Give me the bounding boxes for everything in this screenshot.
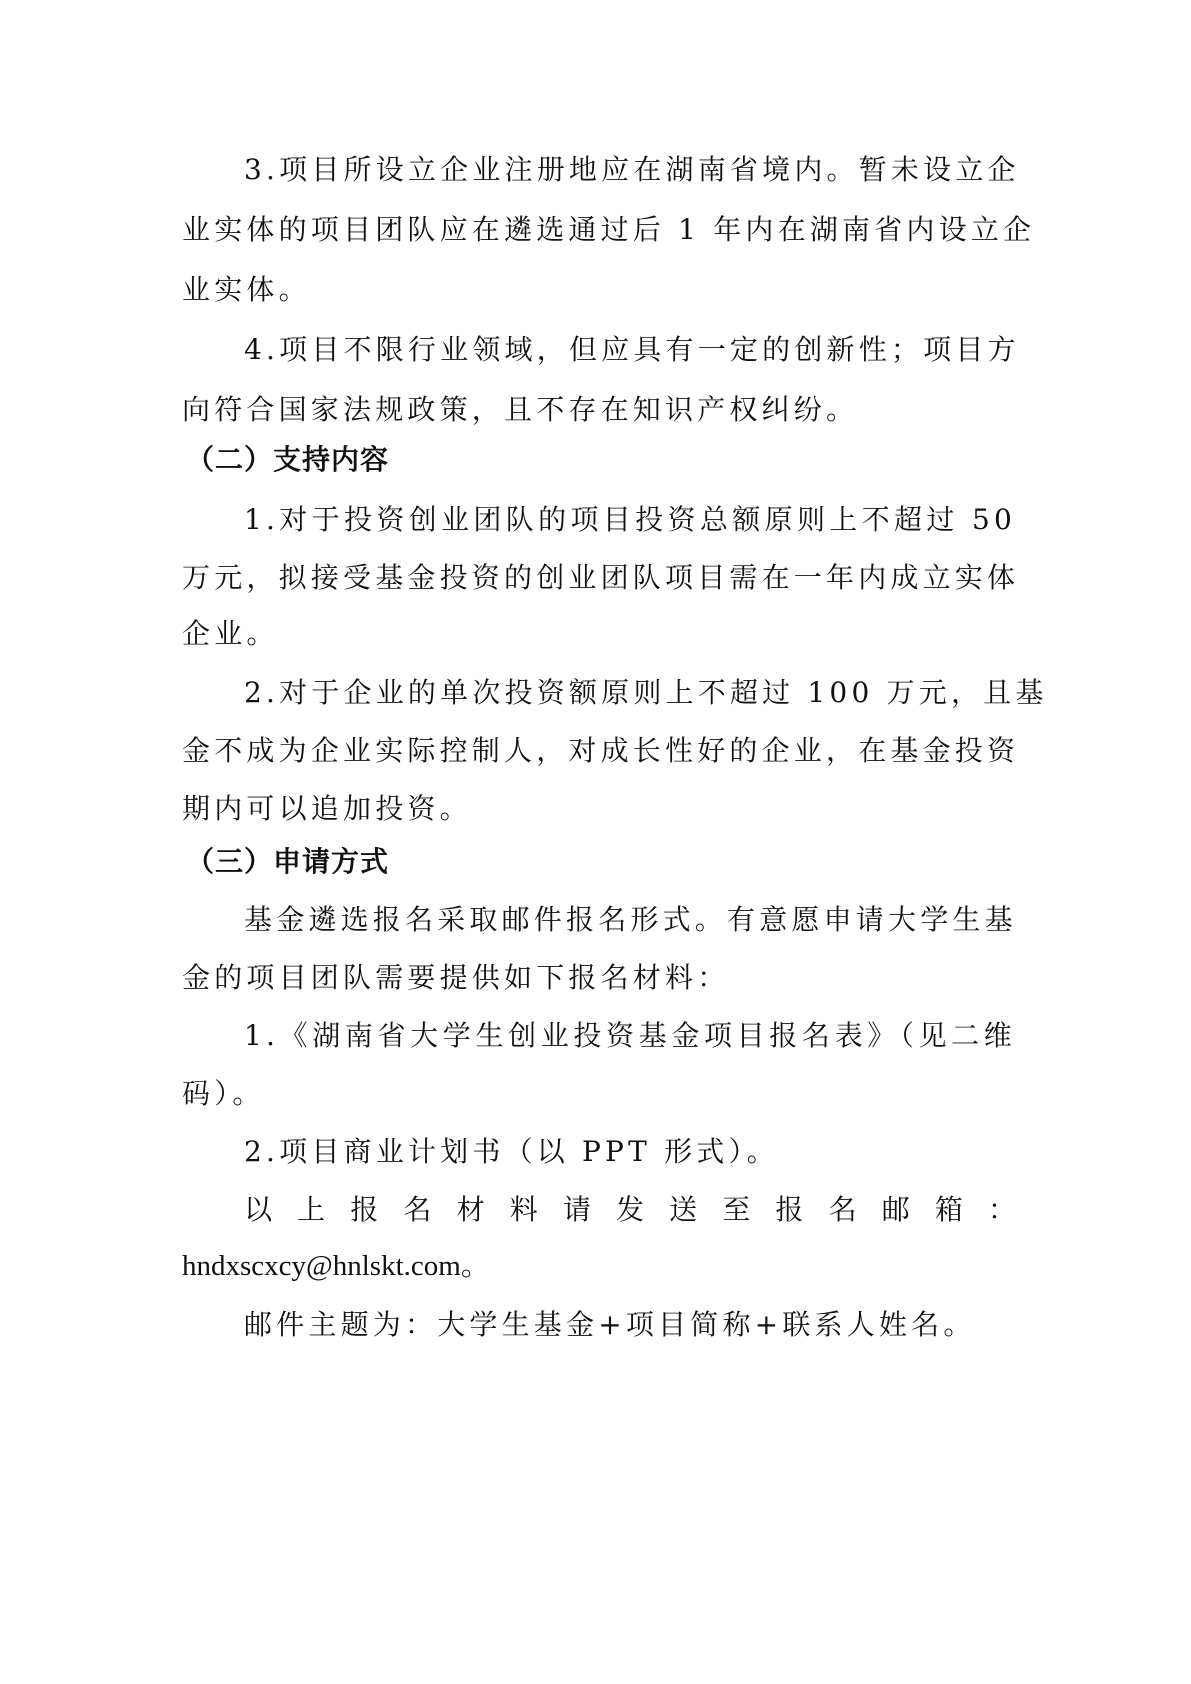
paragraph-line: 业实体。 (182, 270, 1016, 310)
paragraph-line: 3.项目所设立企业注册地应在湖南省境内。暂未设立企 (244, 150, 1016, 190)
paragraph-line: 基金遴选报名采取邮件报名形式。有意愿申请大学生基 (244, 900, 1016, 940)
paragraph-line: 万元，拟接受基金投资的创业团队项目需在一年内成立实体 (182, 558, 1016, 598)
paragraph-line: 2.项目商业计划书（以 PPT 形式）。 (244, 1132, 1016, 1172)
paragraph-line: 4.项目不限行业领域，但应具有一定的创新性；项目方 (244, 330, 1016, 370)
paragraph-line: 金不成为企业实际控制人，对成长性好的企业，在基金投资 (182, 731, 1016, 771)
paragraph-line: 期内可以追加投资。 (182, 789, 1016, 829)
paragraph-line: 向符合国家法规政策，且不存在知识产权纠纷。 (182, 390, 1016, 430)
paragraph-line: 2.对于企业的单次投资额原则上不超过 100 万元，且基 (244, 673, 1016, 713)
paragraph-line: 金的项目团队需要提供如下报名材料： (182, 958, 1016, 998)
document-page: 3.项目所设立企业注册地应在湖南省境内。暂未设立企 业实体的项目团队应在遴选通过… (0, 0, 1191, 1684)
email-address: hndxscxcy@hnlskt.com。 (182, 1246, 1016, 1286)
section-heading-apply: （三）申请方式 (186, 842, 389, 882)
paragraph-line: 企业。 (182, 614, 1016, 654)
paragraph-line: 1.《湖南省大学生创业投资基金项目报名表》（见二维 (244, 1016, 1016, 1056)
paragraph-line: 邮件主题为：大学生基金+项目简称+联系人姓名。 (244, 1305, 1016, 1345)
paragraph-line: 业实体的项目团队应在遴选通过后 1 年内在湖南省内设立企 (182, 210, 1016, 250)
paragraph-line: 1.对于投资创业团队的项目投资总额原则上不超过 50 (244, 500, 1016, 540)
paragraph-line: 以 上 报 名 材 料 请 发 送 至 报 名 邮 箱 ： (244, 1190, 1016, 1230)
paragraph-line: 码）。 (182, 1074, 1016, 1114)
section-heading-support: （二）支持内容 (186, 440, 389, 480)
